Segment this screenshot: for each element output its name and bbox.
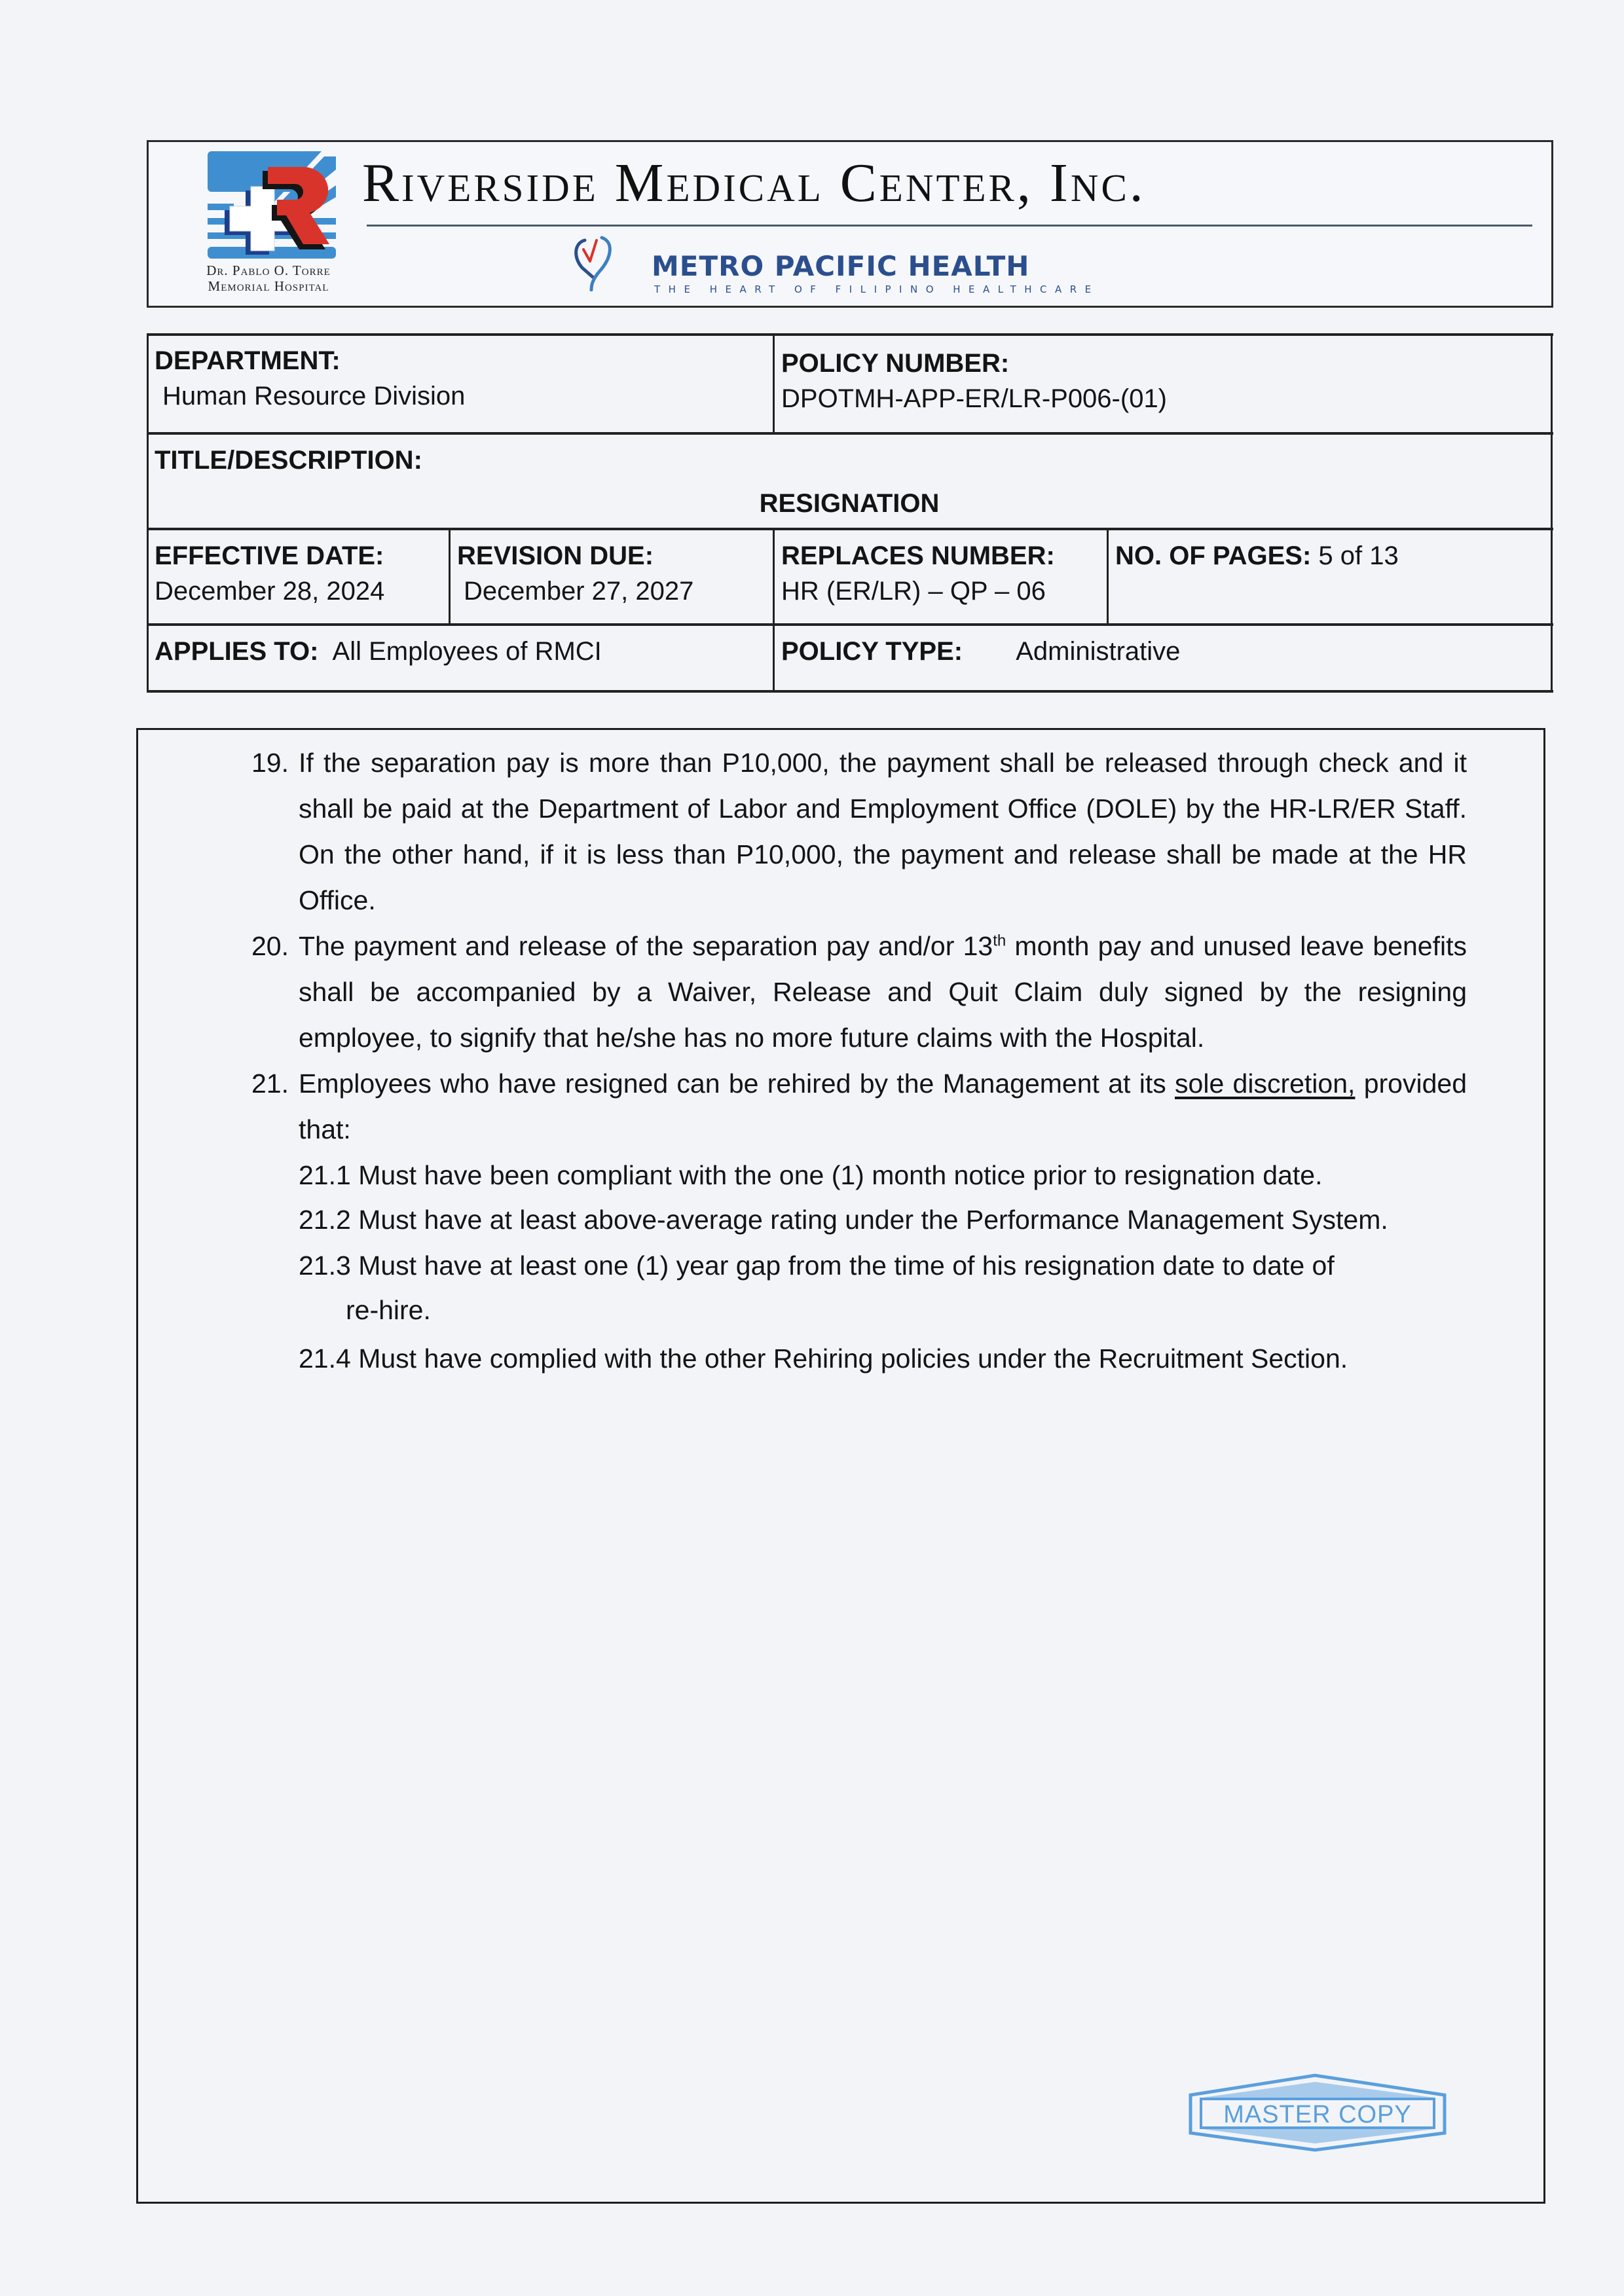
subitem-number: 21.1 [299,1160,351,1190]
item-text-part: Employees who have resigned can be rehir… [299,1068,1175,1099]
pages-cell: NO. OF PAGES: 5 of 13 [1109,530,1551,574]
subitem-21-4: 21.4 Must have complied with the other R… [299,1336,1348,1381]
subitem-text: Must have been compliant with the one (1… [358,1160,1322,1190]
subitem-number: 21.3 [299,1250,351,1281]
master-copy-stamp: MASTER COPY [1187,2073,1449,2153]
subitem-text: Must have complied with the other Rehiri… [358,1343,1348,1374]
policy-type-cell: POLICY TYPE: Administrative [775,626,1551,669]
subitem-number: 21.2 [299,1205,351,1235]
partner-tagline: THE HEART OF FILIPINO HEALTHCARE [654,283,1099,295]
letterhead: Dr. Pablo O. Torre Memorial Hospital Riv… [147,140,1553,308]
hospital-logo-icon [205,150,339,261]
pages-label: NO. OF PAGES: [1115,541,1311,570]
item-text: If the separation pay is more than P10,0… [299,740,1467,923]
applies-to-label: APPLIES TO: [155,637,318,666]
policy-number-cell: POLICY NUMBER: DPOTMH-APP-ER/LR-P006-(01… [775,338,1551,416]
effective-date-label: EFFECTIVE DATE: [155,538,442,574]
logo-caption: Dr. Pablo O. Torre Memorial Hospital [174,263,363,294]
revision-due-label: REVISION DUE: [457,538,766,574]
heart-check-icon [573,235,614,291]
policy-type-label: POLICY TYPE: [781,637,963,666]
item-number: 21. [251,1061,289,1106]
replaces-number-value: HR (ER/LR) – QP – 06 [781,574,1100,609]
effective-date-value: December 28, 2024 [155,574,442,609]
subitem-text: Must have at least one (1) year gap from… [358,1250,1335,1281]
title-cell: TITLE/DESCRIPTION: RESIGNATION [148,435,1551,521]
department-label: DEPARTMENT: [155,343,766,378]
subitem-21-2: 21.2 Must have at least above-average ra… [299,1197,1388,1243]
policy-title: RESIGNATION [155,486,1544,521]
subitem-number: 21.4 [299,1343,351,1374]
item-number: 19. [251,740,289,786]
revision-due-cell: REVISION DUE: December 27, 2027 [451,530,773,609]
partner-name: METRO PACIFIC HEALTH [652,252,1029,281]
department-value: Human Resource Division [155,378,766,414]
underlined-text: sole discretion, [1175,1068,1355,1099]
pages-value: 5 of 13 [1318,541,1398,570]
applies-to-cell: APPLIES TO: All Employees of RMCI [148,626,773,669]
item-text: The payment and release of the separatio… [299,923,1467,1061]
subitem-21-1: 21.1 Must have been compliant with the o… [299,1152,1323,1198]
ordinal-suffix: th [993,932,1006,949]
replaces-number-cell: REPLACES NUMBER: HR (ER/LR) – QP – 06 [775,530,1107,609]
revision-due-value: December 27, 2027 [457,574,766,609]
item-text: Employees who have resigned can be rehir… [299,1061,1467,1152]
subitem-text: Must have at least above-average rating … [358,1205,1388,1235]
subitem-21-3: 21.3 Must have at least one (1) year gap… [299,1243,1335,1288]
logo-caption-line1: Dr. Pablo O. Torre [174,263,363,278]
title-label: TITLE/DESCRIPTION: [155,443,1544,478]
applies-to-value: All Employees of RMCI [326,637,602,666]
item-number: 20. [251,923,289,969]
subitem-21-3-continuation: re-hire. [346,1287,431,1333]
logo-caption-line2: Memorial Hospital [174,278,363,294]
policy-type-value: Administrative [970,637,1180,666]
department-cell: DEPARTMENT: Human Resource Division [148,335,773,414]
organization-name: Riverside Medical Center, Inc. [362,147,1146,219]
replaces-number-label: REPLACES NUMBER: [781,538,1100,574]
policy-number-label: POLICY NUMBER: [781,346,1544,381]
item-text-part: The payment and release of the separatio… [299,931,993,961]
policy-number-value: DPOTMH-APP-ER/LR-P006-(01) [781,381,1544,416]
header-divider [367,225,1532,227]
effective-date-cell: EFFECTIVE DATE: December 28, 2024 [148,530,449,609]
stamp-text: MASTER COPY [1223,2101,1412,2128]
